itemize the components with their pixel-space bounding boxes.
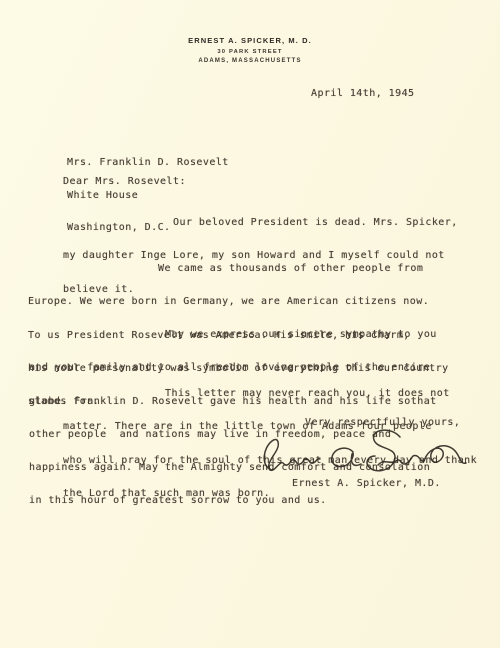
paragraph-line: We came as thousands of other people fro… xyxy=(28,263,449,274)
paragraph-line: May we express our sincere sympathy to y… xyxy=(29,329,437,340)
date-line: April 14th, 1945 xyxy=(311,88,415,99)
letterhead: ERNEST A. SPICKER, M. D. 30 PARK STREET … xyxy=(0,36,500,64)
salutation: Dear Mrs. Rosevelt: xyxy=(63,176,186,187)
letterhead-street: 30 PARK STREET xyxy=(0,49,500,55)
letterhead-name: ERNEST A. SPICKER, M. D. xyxy=(0,36,500,45)
signature-icon xyxy=(256,424,470,480)
signature-typed-name: Ernest A. Spicker, M.D. xyxy=(292,478,441,489)
handwritten-signature xyxy=(256,424,470,480)
letterhead-city: ADAMS, MASSACHUSETTS xyxy=(0,58,500,64)
letter-page: ERNEST A. SPICKER, M. D. 30 PARK STREET … xyxy=(0,0,500,648)
paragraph-line: the Lord that such man was born. xyxy=(63,488,477,499)
paragraph-line: This letter may never reach you, it does… xyxy=(63,388,477,399)
paragraph-line: Our beloved President is dead. Mrs. Spic… xyxy=(63,217,458,228)
paragraph-line: Europe. We were born in Germany, we are … xyxy=(28,296,449,307)
recipient-name: Mrs. Franklin D. Rosevelt xyxy=(67,158,229,169)
